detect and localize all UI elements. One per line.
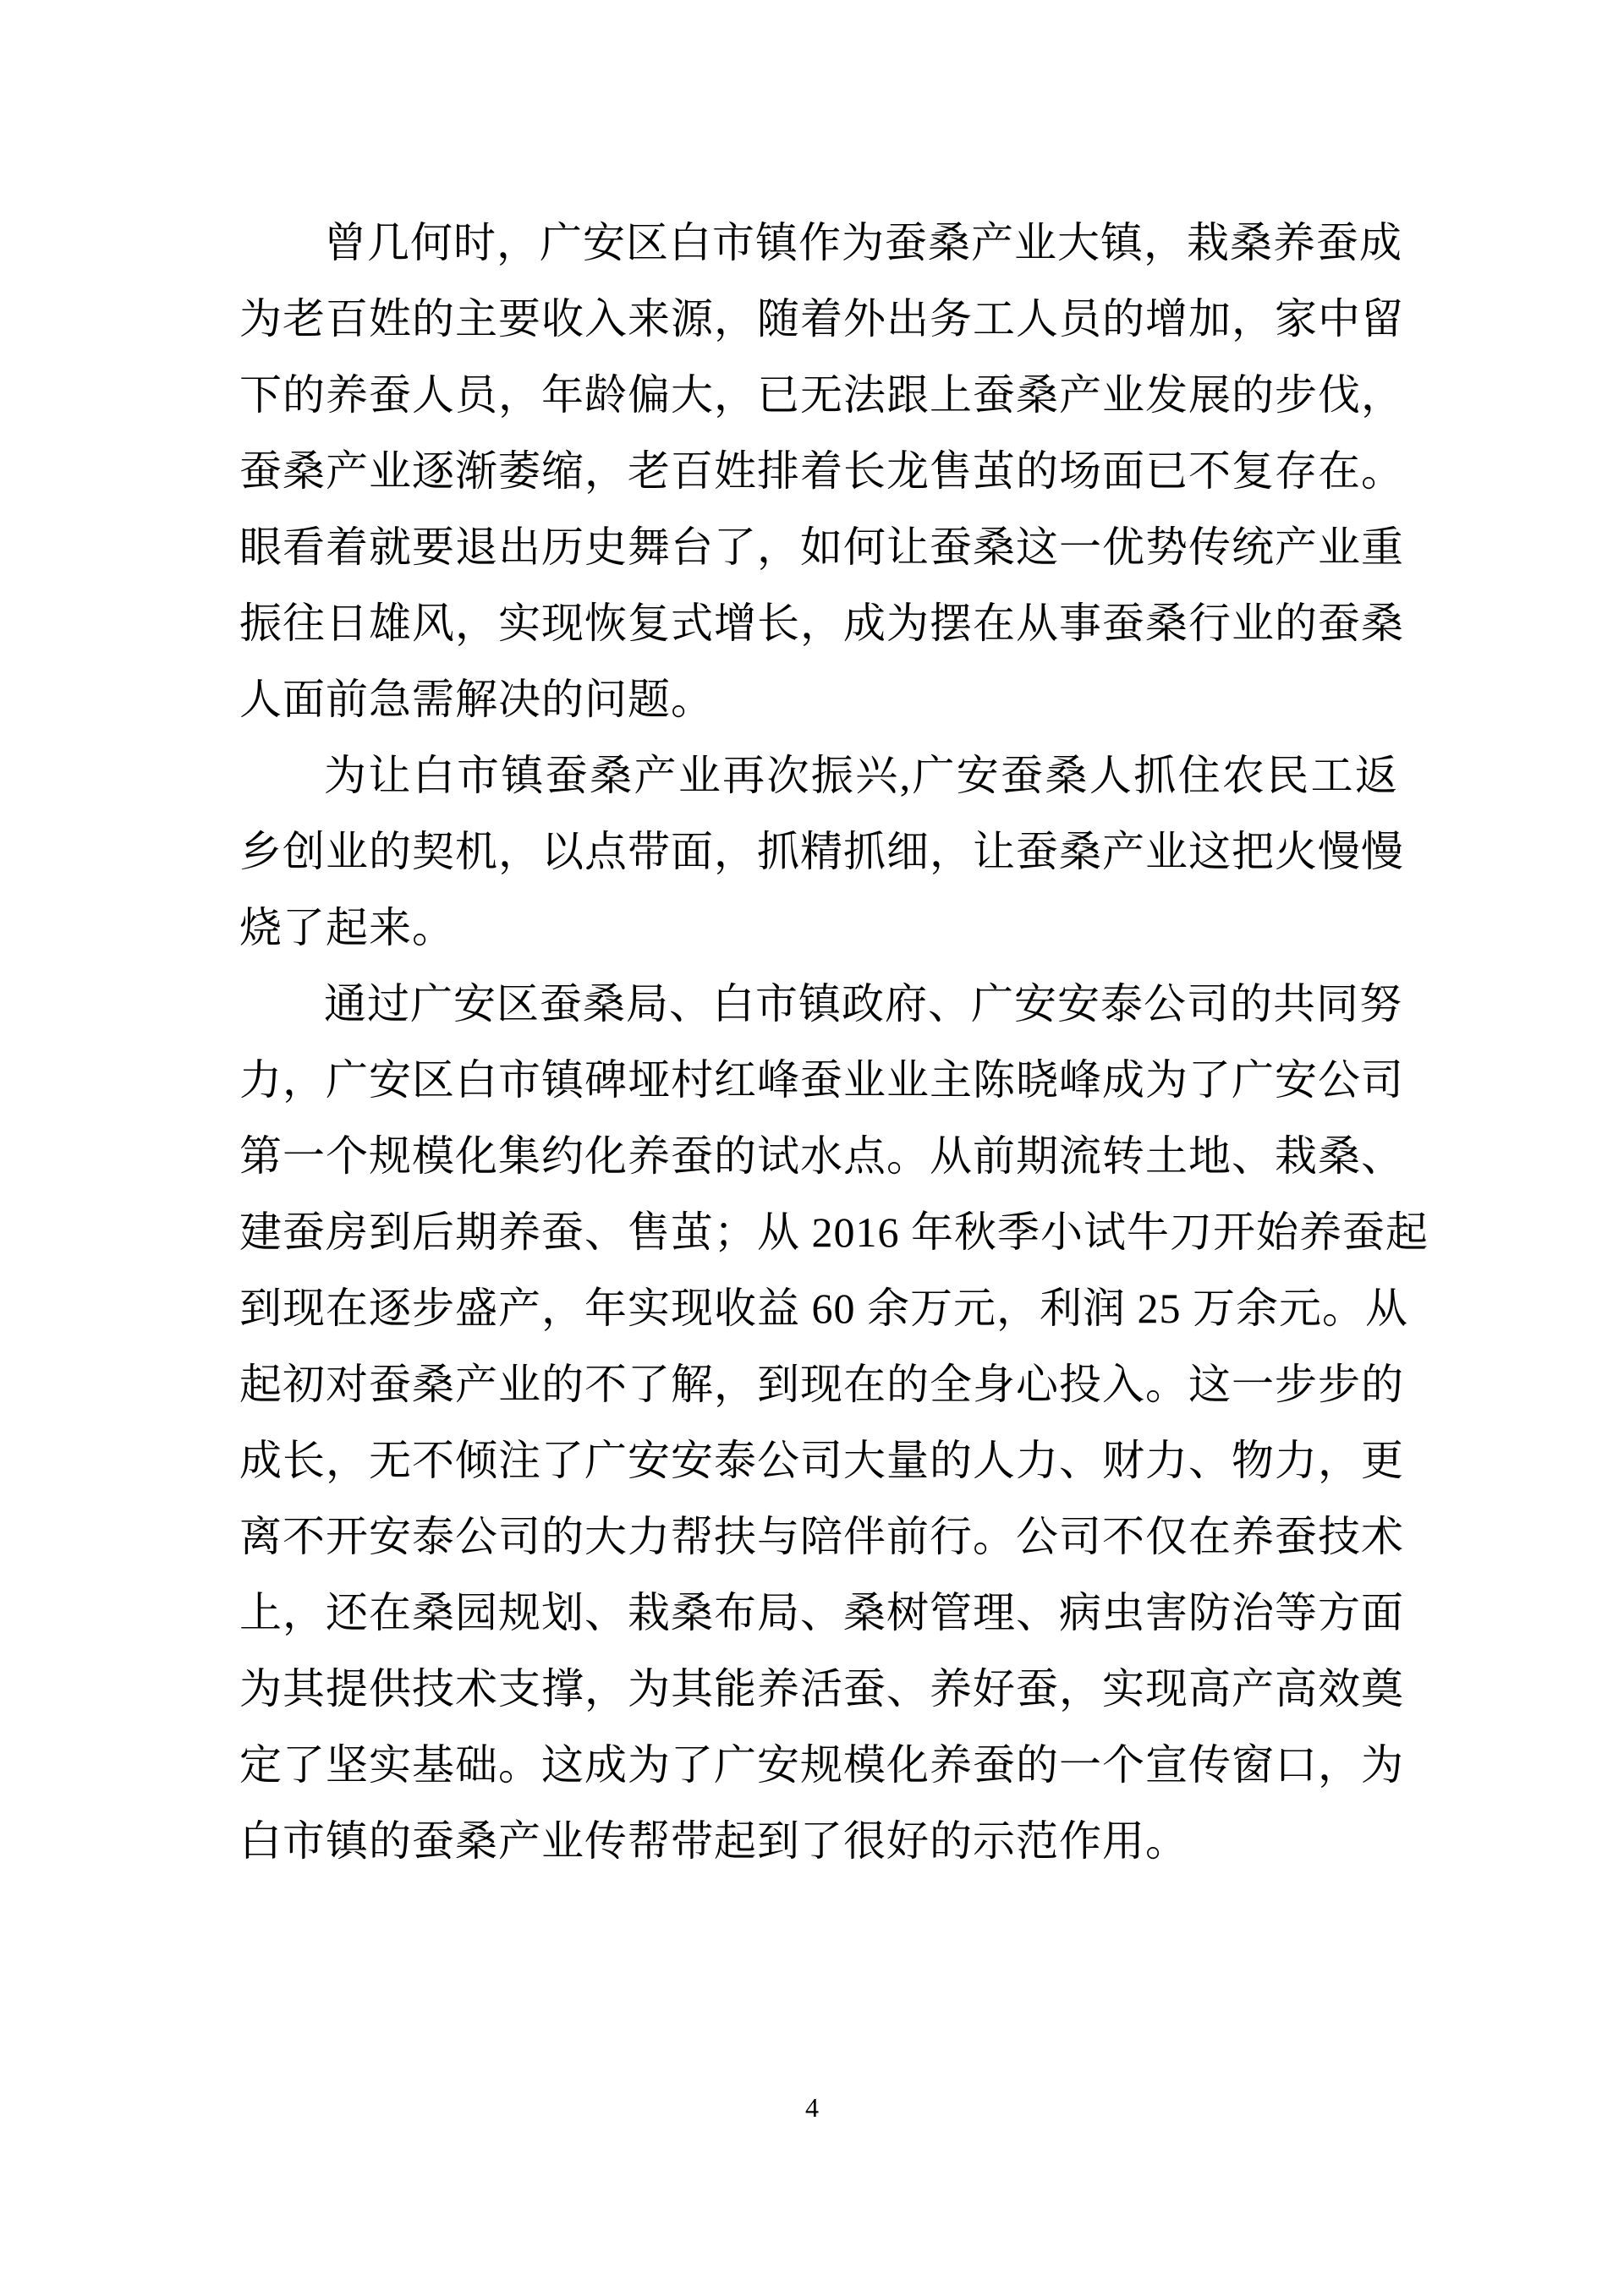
text-line: 成长，无不倾注了广安安泰公司大量的人力、财力、物力，更 xyxy=(239,1422,1398,1499)
text-line: 为老百姓的主要收入来源，随着外出务工人员的增加，家中留 xyxy=(239,281,1398,357)
text-line: 烧了起来。 xyxy=(239,890,1398,966)
paragraph-3: 通过广安区蚕桑局、白市镇政府、广安安泰公司的共同努 力，广安区白市镇碑垭村红峰蚕… xyxy=(239,966,1398,1879)
text-line: 第一个规模化集约化养蚕的试水点。从前期流转土地、栽桑、 xyxy=(239,1118,1398,1194)
text-line: 通过广安区蚕桑局、白市镇政府、广安安泰公司的共同努 xyxy=(239,966,1398,1042)
text-line: 起初对蚕桑产业的不了解，到现在的全身心投入。这一步步的 xyxy=(239,1346,1398,1422)
text-line: 曾几何时，广安区白市镇作为蚕桑产业大镇，栽桑养蚕成 xyxy=(239,205,1398,281)
text-line: 力，广安区白市镇碑垭村红峰蚕业业主陈晓峰成为了广安公司 xyxy=(239,1042,1398,1118)
text-line: 振往日雄风，实现恢复式增长，成为摆在从事蚕桑行业的蚕桑 xyxy=(239,585,1398,661)
text-line: 建蚕房到后期养蚕、售茧；从 2016 年秋季小试牛刀开始养蚕起 xyxy=(239,1194,1398,1270)
document-page: 曾几何时，广安区白市镇作为蚕桑产业大镇，栽桑养蚕成 为老百姓的主要收入来源，随着… xyxy=(0,0,1624,2296)
page-number: 4 xyxy=(0,2091,1624,2124)
text-line: 上，还在桑园规划、栽桑布局、桑树管理、病虫害防治等方面 xyxy=(239,1575,1398,1651)
paragraph-1: 曾几何时，广安区白市镇作为蚕桑产业大镇，栽桑养蚕成 为老百姓的主要收入来源，随着… xyxy=(239,205,1398,737)
text-block: 曾几何时，广安区白市镇作为蚕桑产业大镇，栽桑养蚕成 为老百姓的主要收入来源，随着… xyxy=(239,205,1398,1879)
text-line: 定了坚实基础。这成为了广安规模化养蚕的一个宣传窗口，为 xyxy=(239,1727,1398,1803)
text-line: 乡创业的契机，以点带面，抓精抓细，让蚕桑产业这把火慢慢 xyxy=(239,814,1398,890)
text-line: 为其提供技术支撑，为其能养活蚕、养好蚕，实现高产高效奠 xyxy=(239,1651,1398,1727)
text-line: 人面前急需解决的问题。 xyxy=(239,661,1398,737)
paragraph-2: 为让白市镇蚕桑产业再次振兴,广安蚕桑人抓住农民工返 乡创业的契机，以点带面，抓精… xyxy=(239,737,1398,966)
text-line: 眼看着就要退出历史舞台了，如何让蚕桑这一优势传统产业重 xyxy=(239,509,1398,585)
text-line: 为让白市镇蚕桑产业再次振兴,广安蚕桑人抓住农民工返 xyxy=(239,737,1398,814)
text-line: 离不开安泰公司的大力帮扶与陪伴前行。公司不仅在养蚕技术 xyxy=(239,1499,1398,1575)
text-line: 蚕桑产业逐渐萎缩，老百姓排着长龙售茧的场面已不复存在。 xyxy=(239,433,1398,509)
text-line: 下的养蚕人员，年龄偏大，已无法跟上蚕桑产业发展的步伐， xyxy=(239,357,1398,433)
text-line: 到现在逐步盛产，年实现收益 60 余万元，利润 25 万余元。从 xyxy=(239,1270,1398,1346)
text-line: 白市镇的蚕桑产业传帮带起到了很好的示范作用。 xyxy=(239,1803,1398,1879)
